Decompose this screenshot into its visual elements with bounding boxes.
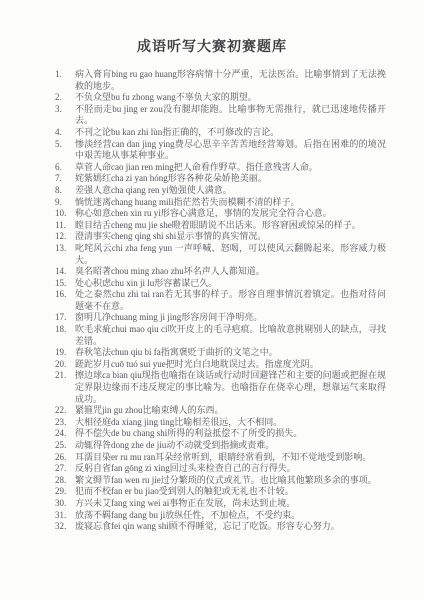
meaning-text: 形容心满意足，事情的发展完全符合心意。 [161, 208, 332, 218]
meaning-text: 动不动就受到指摘或责难。 [166, 440, 274, 450]
meaning-text: 勉强使人满意。 [169, 185, 232, 195]
idiom-text: 繁文缛节 [75, 475, 111, 485]
item-number: 13． [55, 243, 75, 266]
item-number-separator: ． [64, 453, 72, 462]
meaning-text: 显示事情的真实情况。 [176, 231, 266, 241]
pinyin-text: de bu chang shi [111, 428, 167, 438]
pinyin-text: chen xin ru yi [111, 208, 161, 218]
pinyin-text: fang xing wei ai [111, 498, 169, 508]
list-item: 20．蹉跎岁月cuō tuó sui yue把时光白白地耽误过去。指虚度光阴。 [55, 359, 386, 371]
pinyin-text: fan gōng zi xing [111, 463, 170, 473]
item-number-separator: ． [60, 174, 68, 183]
item-number: 24． [55, 428, 75, 440]
list-item: 6．草菅人命cao jian ren ming把人命看作野草。指任意残害人命。 [55, 162, 386, 174]
item-number-value: 12 [55, 231, 64, 241]
item-number-value: 14 [55, 266, 64, 276]
idiom-text: 耳濡目染 [75, 452, 111, 462]
pinyin-text: chui mao qiu ci [111, 324, 167, 334]
idiom-text: 臭名昭著 [75, 266, 111, 276]
item-number: 30． [55, 498, 75, 510]
item-text: 大相径庭da xiang jing ting比喻相差很远，大不相同。 [75, 417, 386, 429]
idiom-text: 动辄得咎 [75, 440, 111, 450]
item-number-separator: ． [60, 93, 68, 102]
item-text: 澄清事实cheng qing shi shi显示事情的真实情况。 [75, 231, 386, 243]
item-number-separator: ． [64, 499, 72, 508]
idiom-text: 大相径庭 [75, 417, 111, 427]
meaning-text: 指正确的，不可修改的言论。 [162, 127, 279, 137]
item-number: 17． [55, 312, 75, 324]
item-text: 惨淡经营can dan jing ying费尽心思辛辛苦苦地经营筹划。后指在困难… [75, 139, 386, 162]
item-text: 臭名昭著chou ming zhao zhu坏名声人人都知道。 [75, 266, 386, 278]
item-text: 吹毛求疵chui mao qiu ci吹开皮上的毛寻疤痕。比喻故意挑剔别人的缺点… [75, 324, 386, 347]
item-number-separator: ． [60, 70, 68, 79]
list-item: 19．春秋笔法chun qiu bi fa指寓褒贬于曲折的文笔之中。 [55, 347, 386, 359]
list-item: 5．惨淡经营can dan jing ying费尽心思辛辛苦苦地经营筹划。后指在… [55, 139, 386, 162]
idiom-text: 澄清事实 [75, 231, 111, 241]
item-number-value: 26 [55, 452, 64, 462]
item-number-value: 17 [55, 312, 64, 322]
item-number: 15． [55, 278, 75, 290]
item-number: 9． [55, 197, 75, 209]
item-text: 叱咤风云chi zha feng yun 一声呼喊、怒喝，可以使风云翻腾起来。形… [75, 243, 386, 266]
idiom-text: 蹉跎岁月 [75, 359, 111, 369]
pinyin-text: bu jing er zou [112, 104, 163, 114]
list-item: 18．吹毛求疵chui mao qiu ci吹开皮上的毛寻疤痕。比喻故意挑剔别人… [55, 324, 386, 347]
pinyin-text: fan wen ru jie [111, 475, 161, 485]
pinyin-text: dong zhe de jiu [111, 440, 166, 450]
pinyin-text: chuang ming ji jing [111, 312, 181, 322]
item-number: 2． [55, 92, 75, 104]
list-item: 3．不胫而走bu jing er zou没有腿却能跑。比喻事物无需推行，就已迅速… [55, 104, 386, 127]
idiom-text: 春秋笔法 [75, 347, 111, 357]
item-text: 病入膏肓bing ru gao huang形容病情十分严重，无法医治。比喻事情到… [75, 69, 386, 92]
list-item: 25．动辄得咎dong zhe de jiu动不动就受到指摘或责难。 [55, 440, 386, 452]
list-item: 16．处之泰然chu zhi tai ran若无其事的样子。形容自理事情沉着镇定… [55, 289, 386, 312]
list-item: 28．繁文缛节fan wen ru jie过分繁琐的仪式或礼节。也比喻其他繁琐多… [55, 475, 386, 487]
item-number: 11． [55, 220, 75, 232]
list-item: 24．得不偿失de bu chang shi所得的利益抵偿不了所受的损失。 [55, 428, 386, 440]
item-text: 放荡不羁fang dang bu ji放纵任性，不加检点，不受约束。 [75, 510, 386, 522]
item-text: 称心如意chen xin ru yi形容心满意足，事情的发展完全符合心意。 [75, 208, 386, 220]
item-number-separator: ． [64, 464, 72, 473]
item-text: 得不偿失de bu chang shi所得的利益抵偿不了所受的损失。 [75, 428, 386, 440]
item-number: 19． [55, 347, 75, 359]
item-text: 不胫而走bu jing er zou没有腿却能跑。比喻事物无需推行，就已迅速地传… [75, 104, 386, 127]
item-number-separator: ． [60, 163, 68, 172]
item-number: 25． [55, 440, 75, 452]
meaning-text: 放纵任性，不加检点，不受约束。 [165, 510, 300, 520]
item-number: 3． [55, 104, 75, 127]
meaning-text: 比喻束缚人的东西。 [143, 405, 224, 415]
item-text: 方兴未艾fang xing wei ai事物正在发展，尚未达到止境。 [75, 498, 386, 510]
idiom-text: 犯而不校 [75, 486, 111, 496]
list-item: 2．不负众望bu fu zhong wang不辜负大家的期望。 [55, 92, 386, 104]
idiom-text: 病入膏肓 [75, 69, 111, 79]
item-number: 28． [55, 475, 75, 487]
item-number-separator: ． [60, 105, 68, 114]
list-item: 30．方兴未艾fang xing wei ai事物正在发展，尚未达到止境。 [55, 498, 386, 510]
meaning-text: 比喻相差很远，大不相同。 [174, 417, 282, 427]
item-number: 18． [55, 324, 75, 347]
list-item: 27．反躬自省fan gōng zi xing回过头来检查自己的言行得失。 [55, 463, 386, 475]
item-number: 23． [55, 417, 75, 429]
idiom-text: 叱咤风云 [75, 243, 112, 253]
item-number: 29． [55, 486, 75, 498]
item-text: 蹉跎岁月cuō tuó sui yue把时光白白地耽误过去。指虚度光阴。 [75, 359, 386, 371]
pinyin-text: chang huang mili [111, 197, 174, 207]
meaning-text: 把时光白白地耽误过去。指虚度光阴。 [166, 359, 319, 369]
item-number-value: 18 [55, 324, 64, 334]
meaning-text: 所得的利益抵偿不了所受的损失。 [167, 428, 302, 438]
list-item: 31．放荡不羁fang dang bu ji放纵任性，不加检点，不受约束。 [55, 510, 386, 522]
item-number-value: 25 [55, 440, 64, 450]
idiom-text: 称心如意 [75, 208, 111, 218]
item-number-value: 10 [55, 208, 64, 218]
item-number: 1． [55, 69, 75, 92]
idiom-text: 惨淡经营 [75, 139, 112, 149]
item-number-separator: ． [64, 232, 72, 241]
item-number-value: 13 [55, 243, 64, 253]
meaning-text: 形容房间干净明亮。 [181, 312, 262, 322]
item-number-value: 28 [55, 475, 64, 485]
idiom-text: 吹毛求疵 [75, 324, 111, 334]
item-number-value: 21 [55, 370, 64, 380]
item-number-separator: ． [60, 186, 68, 195]
item-number-separator: ． [64, 279, 72, 288]
item-number-separator: ． [64, 441, 72, 450]
item-number-separator: ． [64, 406, 72, 415]
pinyin-text: fan er bu jiao [111, 486, 159, 496]
item-number-separator: ． [60, 198, 68, 207]
idiom-text: 惝恍迷离 [75, 197, 111, 207]
item-text: 草菅人命cao jian ren ming把人命看作野草。指任意残害人命。 [75, 162, 386, 174]
meaning-text: 受到别人的触犯或无礼也不计较。 [159, 486, 294, 496]
pinyin-text: da xiang jing ting [111, 417, 174, 427]
idiom-text: 瞠目结舌 [75, 220, 111, 230]
item-text: 繁文缛节fan wen ru jie过分繁琐的仪式或礼节。也比喻其他繁琐多余的事… [75, 475, 386, 487]
pinyin-text: fang dang bu ji [111, 510, 165, 520]
meaning-text: 事物正在发展，尚未达到止境。 [169, 498, 295, 508]
item-number: 27． [55, 463, 75, 475]
meaning-text: 把人命看作野草。指任意残害人命。 [174, 162, 318, 172]
pinyin-text: cha qiang ren yi [111, 185, 169, 195]
item-number: 4． [55, 127, 75, 139]
pinyin-text: bing ru gao huang [111, 69, 177, 79]
pinyin-text: cheng qing shi shi [111, 231, 176, 241]
item-number-separator: ． [64, 360, 72, 369]
item-text: 动辄得咎dong zhe de jiu动不动就受到指摘或责难。 [75, 440, 386, 452]
item-number: 5． [55, 139, 75, 162]
idiom-text: 窗明几净 [75, 312, 111, 322]
item-number: 20． [55, 359, 75, 371]
item-number-value: 30 [55, 498, 64, 508]
item-text: 瞠目结舌cheng mu jie she瞪着眼睛说不出话来。形容窘困或惊呆的样子… [75, 220, 386, 232]
list-item: 11．瞠目结舌cheng mu jie she瞪着眼睛说不出话来。形容窘困或惊呆… [55, 220, 386, 232]
item-number: 22． [55, 405, 75, 417]
item-number: 10． [55, 208, 75, 220]
meaning-text: 形容蓄谋已久。 [154, 278, 217, 288]
idiom-text: 不负众望 [75, 92, 111, 102]
list-item: 23．大相径庭da xiang jing ting比喻相差很远，大不相同。 [55, 417, 386, 429]
meaning-text: 不辜负大家的期望。 [176, 92, 257, 102]
item-number: 6． [55, 162, 75, 174]
idiom-text: 处心积虑 [75, 278, 111, 288]
item-number-value: 22 [55, 405, 64, 415]
item-number: 12． [55, 231, 75, 243]
item-number: 31． [55, 510, 75, 522]
pinyin-text: chu zhi tai ran [112, 289, 164, 299]
item-number-separator: ． [64, 511, 72, 520]
item-number-value: 15 [55, 278, 64, 288]
list-item: 15．处心积虑chu xin ji lu形容蓄谋已久。 [55, 278, 386, 290]
meaning-text: 坏名声人人都知道。 [184, 266, 265, 276]
pinyin-text: cha zi yan hóng [111, 173, 168, 183]
item-number-value: 11 [55, 220, 64, 230]
pinyin-text: bu kan zhi lùn [111, 127, 162, 137]
idiom-text: 废寝忘食 [75, 521, 111, 531]
item-text: 窗明几净chuang ming ji jing形容房间干净明亮。 [75, 312, 386, 324]
meaning-text: 过分繁琐的仪式或礼节。也比喻其他繁琐多余的事项。 [161, 475, 377, 485]
idiom-text: 放荡不羁 [75, 510, 111, 520]
item-number-separator: ． [64, 418, 72, 427]
meaning-text: 形容各种花朵娇艳美丽。 [168, 173, 267, 183]
meaning-text: 指寓褒贬于曲折的文笔之中。 [161, 347, 278, 357]
list-item: 21．擦边球ca bian qiu现指也喻指在谈话或行动时回避锋芒和主要的问题或… [55, 370, 386, 405]
item-number-separator: ． [64, 476, 72, 485]
item-text: 紧箍咒jin gu zhou比喻束缚人的东西。 [75, 405, 386, 417]
item-number-value: 19 [55, 347, 64, 357]
item-number-value: 24 [55, 428, 64, 438]
pinyin-text: fei qin wang shi [111, 521, 169, 531]
item-number: 14． [55, 266, 75, 278]
idiom-text: 擦边球 [75, 370, 102, 380]
pinyin-text: bu fu zhong wang [111, 92, 176, 102]
list-item: 17．窗明几净chuang ming ji jing形容房间干净明亮。 [55, 312, 386, 324]
pinyin-text: cuō tuó sui yue [111, 359, 166, 369]
pinyin-text: can dan jing ying [112, 139, 175, 149]
list-item: 12．澄清事实cheng qing shi shi显示事情的真实情况。 [55, 231, 386, 243]
item-number-separator: ． [64, 209, 72, 218]
item-number: 32． [55, 521, 75, 533]
item-number-separator: ． [64, 313, 72, 322]
idiom-text: 紧箍咒 [75, 405, 102, 415]
item-text: 差强人意cha qiang ren yi勉强使人满意。 [75, 185, 386, 197]
item-text: 春秋笔法chun qiu bi fa指寓褒贬于曲折的文笔之中。 [75, 347, 386, 359]
list-item: 26．耳濡目染er ru mu ran耳朵经常听到，眼睛经常看到，不知不觉地受到… [55, 452, 386, 464]
item-number-value: 16 [55, 289, 64, 299]
idiom-text: 不胫而走 [75, 104, 112, 114]
list-item: 8．差强人意cha qiang ren yi勉强使人满意。 [55, 185, 386, 197]
item-number-separator: ． [64, 325, 72, 334]
item-number: 7． [55, 173, 75, 185]
list-item: 1．病入膏肓bing ru gao huang形容病情十分严重，无法医治。比喻事… [55, 69, 386, 92]
meaning-text: 耳朵经常听到，眼睛经常看到，不知不觉地受到影响。 [155, 452, 371, 462]
idiom-text: 得不偿失 [75, 428, 111, 438]
pinyin-text: ca bian qiu [102, 370, 142, 380]
idiom-text: 姹紫嫣红 [75, 173, 111, 183]
item-text: 处之泰然chu zhi tai ran若无其事的样子。形容自理事情沉着镇定。也指… [75, 289, 386, 312]
list-item: 29．犯而不校fan er bu jiao受到别人的触犯或无礼也不计较。 [55, 486, 386, 498]
item-number: 26． [55, 452, 75, 464]
item-number-value: 32 [55, 521, 64, 531]
item-text: 耳濡目染er ru mu ran耳朵经常听到，眼睛经常看到，不知不觉地受到影响。 [75, 452, 386, 464]
meaning-text: 回过头来检查自己的言行得失。 [170, 463, 296, 473]
list-item: 9．惝恍迷离chang huang mili指茫然若失而模糊不清的样子。 [55, 197, 386, 209]
pinyin-text: jin gu zhou [102, 405, 143, 415]
item-text: 反躬自省fan gōng zi xing回过头来检查自己的言行得失。 [75, 463, 386, 475]
item-number-separator: ． [64, 371, 72, 380]
item-number-separator: ． [64, 290, 72, 299]
item-text: 处心积虑chu xin ji lu形容蓄谋已久。 [75, 278, 386, 290]
item-number: 21． [55, 370, 75, 405]
item-number-separator: ． [60, 128, 68, 137]
idiom-text: 差强人意 [75, 185, 111, 195]
document-page: 成语听写大赛初赛题库 1．病入膏肓bing ru gao huang形容病情十分… [0, 0, 424, 600]
item-number-separator: ． [64, 221, 72, 230]
list-item: 10．称心如意chen xin ru yi形容心满意足，事情的发展完全符合心意。 [55, 208, 386, 220]
idiom-text: 不刊之论 [75, 127, 111, 137]
page-title: 成语听写大赛初赛题库 [0, 36, 424, 56]
pinyin-text: er ru mu ran [111, 452, 155, 462]
item-number-value: 31 [55, 510, 64, 520]
item-text: 惝恍迷离chang huang mili指茫然若失而模糊不清的样子。 [75, 197, 386, 209]
meaning-text: 顾不得睡觉，忘记了吃饭。形容专心努力。 [169, 521, 340, 531]
item-number-separator: ． [64, 429, 72, 438]
item-number-separator: ． [64, 487, 72, 496]
item-number: 16． [55, 289, 75, 312]
item-number-value: 29 [55, 486, 64, 496]
item-text: 不刊之论bu kan zhi lùn指正确的，不可修改的言论。 [75, 127, 386, 139]
pinyin-text: chu xin ji lu [111, 278, 154, 288]
item-number-value: 23 [55, 417, 64, 427]
list-item: 7．姹紫嫣红cha zi yan hóng形容各种花朵娇艳美丽。 [55, 173, 386, 185]
item-number-value: 20 [55, 359, 64, 369]
list-item: 4．不刊之论bu kan zhi lùn指正确的，不可修改的言论。 [55, 127, 386, 139]
list-item: 32．废寝忘食fei qin wang shi顾不得睡觉，忘记了吃饭。形容专心努… [55, 521, 386, 533]
item-number: 8． [55, 185, 75, 197]
item-number-separator: ． [60, 140, 68, 149]
item-number-value: 27 [55, 463, 64, 473]
item-text: 擦边球ca bian qiu现指也喻指在谈话或行动时回避锋芒和主要的问题或把握在… [75, 370, 386, 405]
pinyin-text: chou ming zhao zhu [111, 266, 184, 276]
list-item: 13．叱咤风云chi zha feng yun 一声呼喊、怒喝，可以使风云翻腾起… [55, 243, 386, 266]
item-number-separator: ． [64, 522, 72, 531]
item-number-separator: ． [64, 348, 72, 357]
item-number-separator: ． [64, 244, 72, 253]
meaning-text: 指茫然若失而模糊不清的样子。 [174, 197, 300, 207]
item-text: 不负众望bu fu zhong wang不辜负大家的期望。 [75, 92, 386, 104]
idiom-text: 草菅人命 [75, 162, 111, 172]
pinyin-text: chun qiu bi fa [111, 347, 161, 357]
idiom-text: 处之泰然 [75, 289, 112, 299]
pinyin-text: cao jian ren ming [111, 162, 174, 172]
item-number-separator: ． [64, 267, 72, 276]
idiom-list: 1．病入膏肓bing ru gao huang形容病情十分严重，无法医治。比喻事… [0, 69, 424, 533]
pinyin-text: cheng mu jie she [111, 220, 172, 230]
meaning-text: 瞪着眼睛说不出话来。形容窘困或惊呆的样子。 [172, 220, 361, 230]
list-item: 14．臭名昭著chou ming zhao zhu坏名声人人都知道。 [55, 266, 386, 278]
item-text: 犯而不校fan er bu jiao受到别人的触犯或无礼也不计较。 [75, 486, 386, 498]
list-item: 22．紧箍咒jin gu zhou比喻束缚人的东西。 [55, 405, 386, 417]
idiom-text: 方兴未艾 [75, 498, 111, 508]
pinyin-text: chi zha feng yun [112, 243, 172, 253]
item-text: 废寝忘食fei qin wang shi顾不得睡觉，忘记了吃饭。形容专心努力。 [75, 521, 386, 533]
idiom-text: 反躬自省 [75, 463, 111, 473]
item-text: 姹紫嫣红cha zi yan hóng形容各种花朵娇艳美丽。 [75, 173, 386, 185]
